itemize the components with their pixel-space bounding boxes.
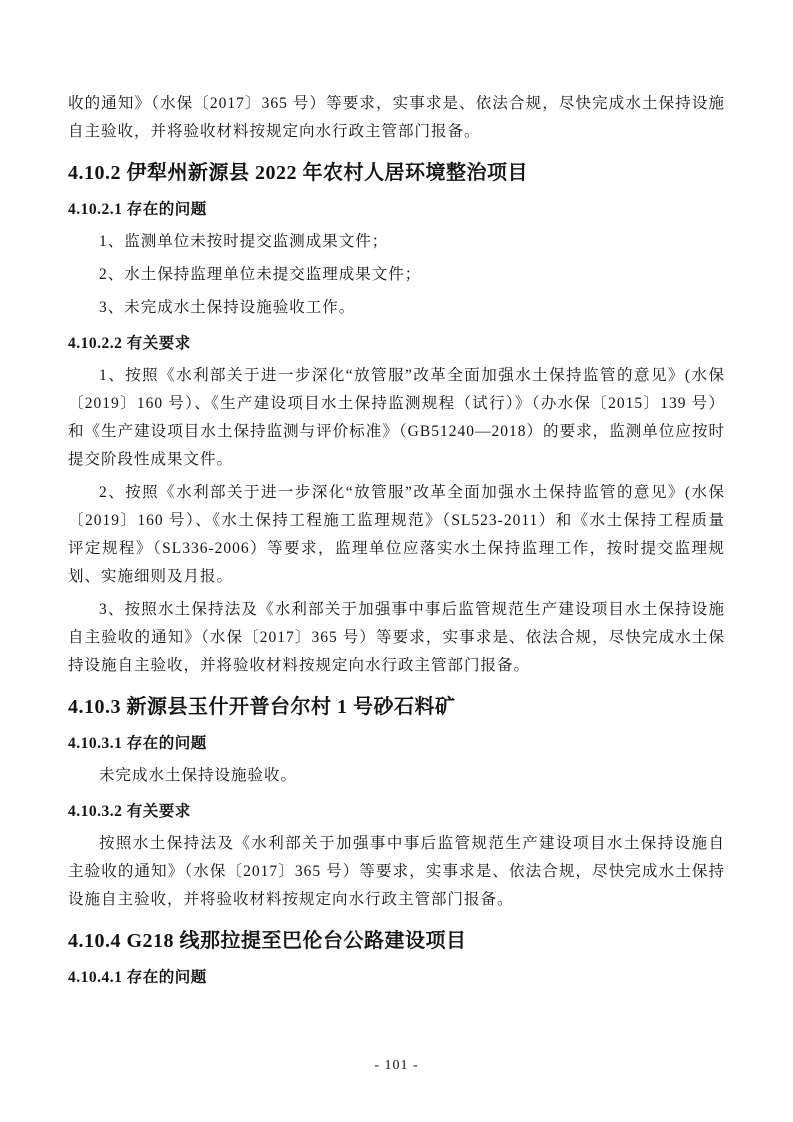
- heading-section-4-10-2: 4.10.2 伊犁州新源县 2022 年农村人居环境整治项目: [68, 158, 725, 188]
- document-page: 收的通知》（水保〔2017〕365 号）等要求，实事求是、依法合规，尽快完成水土…: [0, 0, 793, 1122]
- paragraph-continuation: 收的通知》（水保〔2017〕365 号）等要求，实事求是、依法合规，尽快完成水土…: [68, 90, 725, 146]
- heading-subsection-4-10-4-1: 4.10.4.1 存在的问题: [68, 966, 725, 990]
- requirement-paragraph: 按照水土保持法及《水利部关于加强事中事后监管规范生产建设项目水土保持设施自主验收…: [68, 830, 725, 914]
- requirement-paragraph-3: 3、按照水土保持法及《水利部关于加强事中事后监管规范生产建设项目水土保持设施自主…: [68, 596, 725, 680]
- requirement-paragraph-1: 1、按照《水利部关于进一步深化“放管服”改革全面加强水土保持监管的意见》(水保〔…: [68, 362, 725, 474]
- page-number: - 101 -: [0, 1058, 793, 1074]
- list-item-problem-1: 1、监测单位未按时提交监测成果文件；: [68, 228, 725, 256]
- list-item-problem-3: 3、未完成水土保持设施验收工作。: [68, 294, 725, 322]
- heading-section-4-10-4: 4.10.4 G218 线那拉提至巴伦台公路建设项目: [68, 926, 725, 956]
- heading-subsection-4-10-3-2: 4.10.3.2 有关要求: [68, 800, 725, 824]
- list-item-problem-2: 2、水土保持监理单位未提交监理成果文件；: [68, 261, 725, 289]
- heading-subsection-4-10-3-1: 4.10.3.1 存在的问题: [68, 732, 725, 756]
- heading-section-4-10-3: 4.10.3 新源县玉什开普台尔村 1 号砂石料矿: [68, 692, 725, 722]
- heading-subsection-4-10-2-2: 4.10.2.2 有关要求: [68, 332, 725, 356]
- problem-paragraph: 未完成水土保持设施验收。: [68, 762, 725, 790]
- requirement-paragraph-2: 2、按照《水利部关于进一步深化“放管服”改革全面加强水土保持监管的意见》(水保〔…: [68, 479, 725, 591]
- heading-subsection-4-10-2-1: 4.10.2.1 存在的问题: [68, 198, 725, 222]
